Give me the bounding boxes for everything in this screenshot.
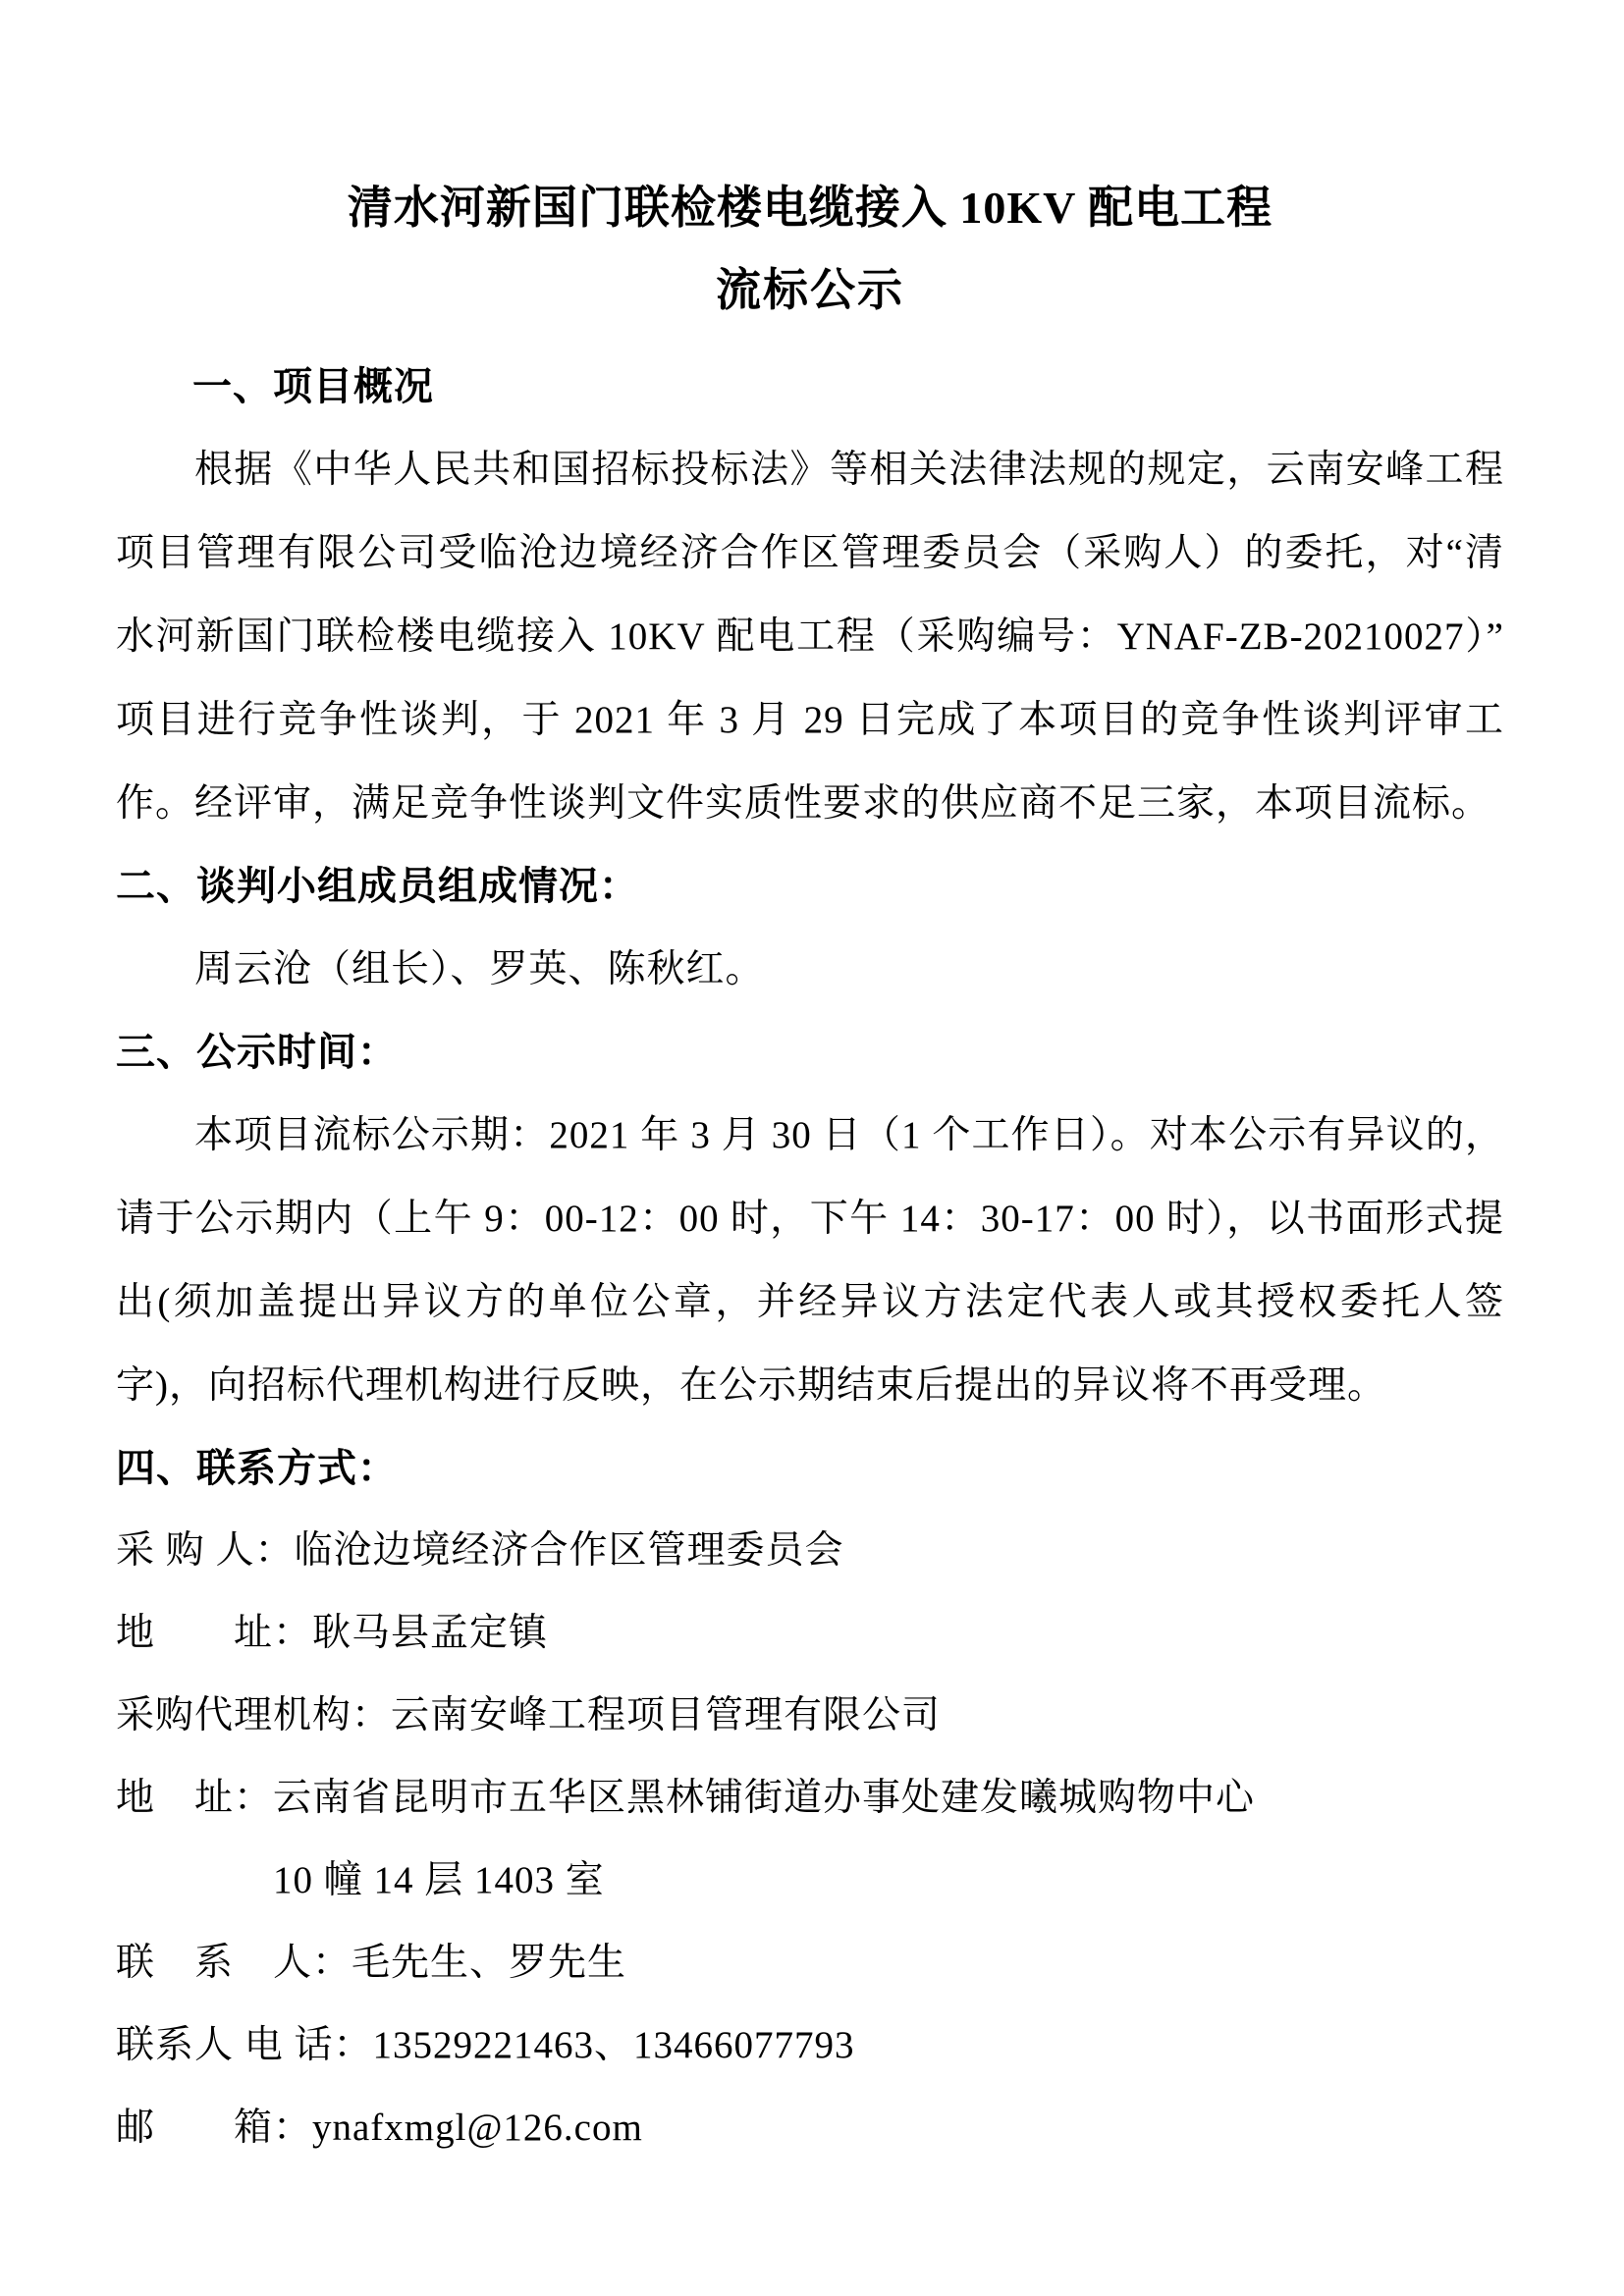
section-heading-negotiation-team: 二、谈判小组成员组成情况：	[116, 845, 1504, 928]
section-heading-contact-info: 四、联系方式：	[116, 1427, 1504, 1510]
negotiation-team-paragraph: 周云沧（组长）、罗英、陈秋红。	[116, 928, 1504, 1011]
project-overview-paragraph: 根据《中华人民共和国招标投标法》等相关法律法规的规定，云南安峰工程项目管理有限公…	[116, 428, 1504, 845]
contact-line-agency-address-continued: 10 幢 14 层 1403 室	[116, 1840, 1504, 1922]
section-contact-info: 四、联系方式： 采 购 人：临沧边境经济合作区管理委员会 地 址：耿马县孟定镇 …	[116, 1427, 1504, 2169]
publicity-period-paragraph: 本项目流标公示期：2021 年 3 月 30 日（1 个工作日）。对本公示有异议…	[116, 1094, 1504, 1427]
document-subtitle: 流标公示	[116, 249, 1504, 332]
contact-line-purchaser: 采 购 人：临沧边境经济合作区管理委员会	[116, 1510, 1504, 1592]
section-heading-project-overview: 一、项目概况	[116, 346, 1504, 428]
contact-line-agency-address: 地 址：云南省昆明市五华区黑林铺街道办事处建发曦城购物中心	[116, 1757, 1504, 1840]
section-project-overview: 一、项目概况 根据《中华人民共和国招标投标法》等相关法律法规的规定，云南安峰工程…	[116, 346, 1504, 845]
contact-line-phone: 联系人 电 话：13529221463、13466077793	[116, 2004, 1504, 2087]
title-block: 清水河新国门联检楼电缆接入 10KV 配电工程 流标公示	[116, 167, 1504, 332]
document-title: 清水河新国门联检楼电缆接入 10KV 配电工程	[116, 167, 1504, 249]
contact-line-purchaser-address: 地 址：耿马县孟定镇	[116, 1592, 1504, 1675]
contact-line-contact-person: 联 系 人：毛先生、罗先生	[116, 1922, 1504, 2004]
section-heading-publicity-period: 三、公示时间：	[116, 1011, 1504, 1094]
document-page: 清水河新国门联检楼电缆接入 10KV 配电工程 流标公示 一、项目概况 根据《中…	[0, 0, 1624, 2296]
section-negotiation-team: 二、谈判小组成员组成情况： 周云沧（组长）、罗英、陈秋红。	[116, 845, 1504, 1011]
section-publicity-period: 三、公示时间： 本项目流标公示期：2021 年 3 月 30 日（1 个工作日）…	[116, 1011, 1504, 1427]
contact-line-email: 邮 箱：ynafxmgl@126.com	[116, 2087, 1504, 2169]
contact-line-agency: 采购代理机构：云南安峰工程项目管理有限公司	[116, 1675, 1504, 1757]
